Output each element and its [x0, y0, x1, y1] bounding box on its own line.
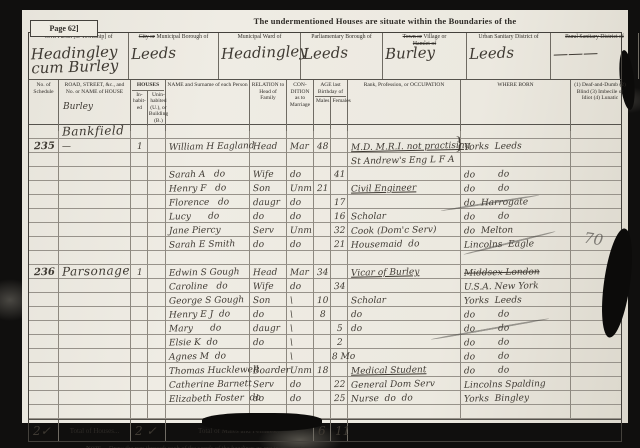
uninhabited-cell: [148, 265, 166, 279]
header-occupation: Rank, Profession, or OCCUPATION: [348, 80, 461, 131]
occupation-cell: Nurse do do: [348, 391, 461, 405]
age-male-cell: [314, 195, 331, 209]
total-houses-label: Total of Houses...: [59, 420, 131, 441]
age-male-cell: 21: [314, 181, 331, 195]
header-road: ROAD, STREET, &c., and No. or NAME of HO…: [59, 80, 131, 131]
condition-cell: do: [287, 167, 314, 181]
age-female-cell: 17: [331, 195, 348, 209]
occupation-cell: [348, 349, 461, 363]
schedule-cell: 236: [29, 265, 59, 279]
schedule-cell: [29, 321, 59, 335]
inhabited-cell: [131, 237, 148, 251]
name-cell: Catherine Barnett: [166, 377, 250, 391]
condition-cell: \: [287, 335, 314, 349]
relation-cell: Head: [250, 265, 287, 279]
age-female-cell: [331, 293, 348, 307]
road-cell: [59, 181, 131, 195]
age-male-cell: [314, 335, 331, 349]
name-cell: William H Eagland: [166, 139, 250, 153]
inhabited-cell: [131, 209, 148, 223]
district-label: Urban Sanitary District of: [469, 34, 548, 41]
inhabited-cell: [131, 377, 148, 391]
where-born-cell: Lincolns Eagle: [461, 237, 571, 251]
age-female-cell: 16: [331, 209, 348, 223]
age-male-cell: [314, 153, 331, 167]
age-male-cell: [314, 321, 331, 335]
age-male-cell: [314, 251, 331, 264]
relation-cell: do: [250, 237, 287, 251]
schedule-cell: [29, 405, 59, 418]
district-label: Municipal Ward of: [221, 34, 298, 41]
schedule-cell: [29, 195, 59, 209]
occupation-cell: [348, 405, 461, 418]
age-female-cell: 8 Mo: [331, 349, 348, 363]
where-born-cell: do Melton: [461, 223, 571, 237]
uninhabited-cell: [148, 405, 166, 418]
uninhabited-cell: [148, 167, 166, 181]
district-label-line2: Hamlet of: [413, 41, 436, 47]
relation-cell: do: [250, 307, 287, 321]
header-disabilities: (1) Deaf-and-Dumb (2) Blind (3) Imbecile…: [571, 80, 629, 131]
disabilities-cell: [571, 405, 629, 418]
schedule-cell: [29, 209, 59, 223]
schedule-cell: [29, 167, 59, 181]
disabilities-cell: [571, 363, 629, 377]
relation-cell: Wife: [250, 279, 287, 293]
age-female-cell: 5: [331, 321, 348, 335]
district-label-part: Urban Sanitary District of: [478, 34, 538, 40]
road-cell: [59, 349, 131, 363]
where-born-cell: }Yorks Leeds: [461, 139, 571, 153]
uninhabited-cell: [148, 307, 166, 321]
district-label: Town or Village or Hamlet of: [385, 34, 464, 48]
where-born-cell: [461, 405, 571, 418]
condition-cell: do: [287, 279, 314, 293]
district-cell: Municipal Ward of Headingley: [219, 33, 301, 79]
age-male-cell: [314, 209, 331, 223]
relation-cell: [250, 349, 287, 363]
road-cell: [59, 321, 131, 335]
occupation-cell: [348, 279, 461, 293]
schedule-cell: [29, 153, 59, 167]
page-top-strip: Page 62] The undermentioned Houses are s…: [28, 14, 622, 32]
table-row: Agnes M do \ 8 Mo do do: [29, 349, 621, 363]
uninhabited-cell: [148, 321, 166, 335]
inhabited-cell: 1: [131, 265, 148, 279]
total-houses-value: 2 ✓: [131, 420, 166, 441]
road-cell: [59, 251, 131, 264]
scan-blot: [202, 413, 322, 431]
schedule-cell: [29, 391, 59, 405]
relation-cell: [250, 251, 287, 264]
inhabited-cell: [131, 167, 148, 181]
where-born-cell: Lincolns Spalding: [461, 377, 571, 391]
condition-cell: [287, 251, 314, 264]
page-title: The undermentioned Houses are situate wi…: [158, 16, 612, 26]
age-female-cell: 22: [331, 377, 348, 391]
table-row: Catherine Barnett Serv do 22 General Dom…: [29, 377, 621, 391]
age-male-cell: [314, 349, 331, 363]
where-born-cell: do do: [461, 363, 571, 377]
name-cell: Elizabeth Foster do: [166, 391, 250, 405]
inhabited-cell: [131, 195, 148, 209]
occupation-cell: Scholar: [348, 209, 461, 223]
uninhabited-cell: [148, 153, 166, 167]
uninhabited-cell: [148, 195, 166, 209]
district-handwritten-value: ———: [553, 43, 640, 61]
disabilities-cell: [571, 181, 629, 195]
age-female-cell: [331, 363, 348, 377]
table-row: Sarah A do Wife do 41 do do: [29, 167, 621, 181]
schedule-cell: [29, 223, 59, 237]
relation-cell: Son: [250, 293, 287, 307]
occupation-cell: do: [348, 307, 461, 321]
disabilities-cell: [571, 377, 629, 391]
occupation-cell: Medical Student: [348, 363, 461, 377]
table-row: Mary do daugr \ 5 do do do: [29, 321, 621, 335]
inhabited-cell: [131, 223, 148, 237]
age-female-cell: [331, 153, 348, 167]
schedule-cell: 235: [29, 139, 59, 153]
relation-cell: Boarder: [250, 363, 287, 377]
uninhabited-cell: [148, 251, 166, 264]
where-born-cell: Middsex London: [461, 265, 571, 279]
age-female-cell: 32: [331, 223, 348, 237]
age-female-cell: 21: [331, 237, 348, 251]
occupation-cell: [348, 167, 461, 181]
schedule-cell: [29, 279, 59, 293]
table-row: Jane Piercy Serv Unm 32 Cook (Dom'c Serv…: [29, 223, 621, 237]
name-cell: George S Gough: [166, 293, 250, 307]
relation-cell: Son: [250, 181, 287, 195]
condition-cell: [287, 153, 314, 167]
uninhabited-cell: [148, 377, 166, 391]
disabilities-cell: [571, 391, 629, 405]
disabilities-cell: [571, 209, 629, 223]
relation-cell: Head: [250, 139, 287, 153]
where-born-cell: [461, 251, 571, 264]
name-cell: Florence do: [166, 195, 250, 209]
occupation-cell: Cook (Dom'c Serv): [348, 223, 461, 237]
table-row: Henry E J do do \ 8 do do do: [29, 307, 621, 321]
condition-cell: \: [287, 321, 314, 335]
header-where-born: WHERE BORN: [461, 80, 571, 131]
where-born-cell: U.S.A. New York: [461, 279, 571, 293]
occupation-cell: Scholar: [348, 293, 461, 307]
district-header-band: Civil Parish [or Township] of Headingley…: [28, 32, 622, 80]
schedule-cell: [29, 307, 59, 321]
road-cell: [59, 209, 131, 223]
disabilities-cell: [571, 139, 629, 153]
inhabited-cell: [131, 251, 148, 264]
road-cell: Parsonage: [59, 265, 131, 279]
relation-cell: do: [250, 209, 287, 223]
district-cell: Town or Village or Hamlet of Burley: [383, 33, 467, 79]
table-row: Elizabeth Foster do do do 25 Nurse do do…: [29, 391, 621, 405]
age-female-cell: [331, 251, 348, 264]
age-female-cell: 2: [331, 335, 348, 349]
district-label-struck-part: Rural Sanitary District of: [565, 34, 624, 40]
header-relation: RELATION to Head of Family: [250, 80, 287, 131]
age-male-cell: 34: [314, 265, 331, 279]
table-row: Caroline do Wife do 34 U.S.A. New York: [29, 279, 621, 293]
age-male-cell: 10: [314, 293, 331, 307]
district-cell: Urban Sanitary District of Leeds: [467, 33, 551, 79]
name-cell: Sarah E Smith: [166, 237, 250, 251]
disabilities-cell: [571, 195, 629, 209]
name-cell: [166, 153, 250, 167]
schedule-cell: [29, 181, 59, 195]
uninhabited-cell: [148, 363, 166, 377]
uninhabited-cell: [148, 139, 166, 153]
name-cell: Jane Piercy: [166, 223, 250, 237]
name-cell: Caroline do: [166, 279, 250, 293]
condition-cell: Mar: [287, 139, 314, 153]
inhabited-cell: [131, 349, 148, 363]
district-label: Rural Sanitary District of: [553, 34, 636, 41]
district-label-part: Parliamentary Borough of: [311, 34, 372, 40]
total-females-value: 11: [331, 420, 348, 441]
inhabited-cell: [131, 405, 148, 418]
header-condition: CON-DITION as to Marriage: [287, 80, 314, 131]
occupation-cell: [348, 251, 461, 264]
road-cell: —: [59, 139, 131, 153]
table-row: 235 — 1 William H Eagland Head Mar 48 M.…: [29, 139, 621, 153]
district-label-part: Municipal Ward of: [238, 34, 282, 40]
uninhabited-cell: [148, 391, 166, 405]
district-label: Parliamentary Borough of: [303, 34, 380, 41]
inhabited-cell: [131, 279, 148, 293]
table-header: No. of Schedule ROAD, STREET, &c., and N…: [28, 80, 622, 125]
uninhabited-cell: [148, 223, 166, 237]
relation-cell: Serv: [250, 377, 287, 391]
name-cell: Sarah A do: [166, 167, 250, 181]
header-schedule: No. of Schedule: [29, 80, 59, 131]
name-cell: Edwin S Gough: [166, 265, 250, 279]
condition-cell: Unm: [287, 363, 314, 377]
condition-cell: do: [287, 237, 314, 251]
relation-cell: [250, 153, 287, 167]
table-row: Elsie K do do \ 2 do do: [29, 335, 621, 349]
uninhabited-cell: [148, 335, 166, 349]
occupation-cell: do: [348, 321, 461, 335]
table-row: 236 Parsonage 1 Edwin S Gough Head Mar 3…: [29, 265, 621, 279]
age-male-cell: [314, 167, 331, 181]
where-born-cell: [461, 153, 571, 167]
where-born-cell: do do: [461, 181, 571, 195]
condition-cell: \: [287, 307, 314, 321]
uninhabited-cell: [148, 349, 166, 363]
age-male-cell: [314, 237, 331, 251]
table-row: Florence do daugr do 17 do Harrogate: [29, 195, 621, 209]
schedule-cell: [29, 377, 59, 391]
name-cell: Henry E J do: [166, 307, 250, 321]
totals-schedule-cell: 2✓: [29, 420, 59, 441]
occupation-cell: St Andrew's Eng L F A: [348, 153, 461, 167]
condition-cell: Unm: [287, 181, 314, 195]
relation-cell: daugr: [250, 321, 287, 335]
name-cell: Mary do: [166, 321, 250, 335]
condition-cell: Mar: [287, 265, 314, 279]
road-cell: [59, 363, 131, 377]
uninhabited-cell: [148, 209, 166, 223]
inhabited-cell: [131, 307, 148, 321]
relation-cell: Wife: [250, 167, 287, 181]
page-number-box: Page 62]: [30, 20, 98, 37]
condition-cell: do: [287, 209, 314, 223]
district-cell: Rural Sanitary District of ———: [551, 33, 639, 79]
age-male-cell: [314, 279, 331, 293]
district-label-part: Village or: [423, 34, 446, 40]
uninhabited-cell: [148, 279, 166, 293]
table-row: Lucy do do do 16 Scholar do do: [29, 209, 621, 223]
inhabited-cell: [131, 391, 148, 405]
occupation-cell: M.D. M.R.I. not practising: [348, 139, 461, 153]
relation-cell: do: [250, 335, 287, 349]
district-label: City or Municipal Borough of: [131, 34, 216, 41]
district-label-struck-part: City or: [139, 34, 155, 40]
age-male-cell: 8: [314, 307, 331, 321]
condition-cell: do: [287, 195, 314, 209]
condition-cell: \: [287, 293, 314, 307]
age-female-cell: [331, 139, 348, 153]
name-cell: Lucy do: [166, 209, 250, 223]
district-label-struck-part: Town or: [403, 34, 422, 40]
uninhabited-cell: [148, 293, 166, 307]
age-female-cell: [331, 181, 348, 195]
district-label-part: Municipal Borough of: [156, 34, 208, 40]
uninhabited-cell: [148, 237, 166, 251]
condition-cell: \: [287, 349, 314, 363]
schedule-cell: [29, 251, 59, 264]
totals-row: 2✓ Total of Houses... 2 ✓ Total of Males…: [28, 419, 622, 442]
where-born-cell: Yorks Leeds: [461, 293, 571, 307]
age-female-cell: 25: [331, 391, 348, 405]
where-born-cell: do do: [461, 209, 571, 223]
schedule-cell: [29, 349, 59, 363]
road-cell: [59, 377, 131, 391]
schedule-cell: [29, 293, 59, 307]
relation-cell: Serv: [250, 223, 287, 237]
inhabited-cell: 1: [131, 139, 148, 153]
header-males: Males: [315, 97, 331, 129]
district-cell: Civil Parish [or Township] of Headingley…: [29, 33, 129, 79]
disabilities-cell: [571, 349, 629, 363]
schedule-cell: [29, 335, 59, 349]
where-born-cell: Yorks Bingley: [461, 391, 571, 405]
inhabited-cell: [131, 293, 148, 307]
age-female-cell: 34: [331, 279, 348, 293]
district-cell: City or Municipal Borough of Leeds: [129, 33, 219, 79]
name-cell: Henry F do: [166, 181, 250, 195]
inhabited-cell: [131, 153, 148, 167]
disabilities-cell: [571, 153, 629, 167]
table-row: Henry F do Son Unm 21 Civil Engineer do …: [29, 181, 621, 195]
road-cell: [59, 335, 131, 349]
occupation-cell: Civil Engineer: [348, 181, 461, 195]
age-female-cell: 41: [331, 167, 348, 181]
table-row: St Andrew's Eng L F A: [29, 153, 621, 167]
totals-blank-cell: [348, 420, 629, 441]
road-cell: [59, 167, 131, 181]
condition-cell: Unm: [287, 223, 314, 237]
relation-cell: do: [250, 391, 287, 405]
road-cell: [59, 293, 131, 307]
age-female-cell: [331, 265, 348, 279]
header-age-group: AGE last Birthday of Males Females: [314, 80, 348, 131]
disabilities-cell: [571, 335, 629, 349]
road-cell: [59, 237, 131, 251]
inhabited-cell: [131, 363, 148, 377]
district-cell: Parliamentary Borough of Leeds: [301, 33, 383, 79]
occupation-cell: Housemaid do: [348, 237, 461, 251]
road-cell: [59, 279, 131, 293]
name-cell: Elsie K do: [166, 335, 250, 349]
page-number: Page 62]: [49, 24, 78, 33]
where-born-cell: do do: [461, 335, 571, 349]
condition-cell: do: [287, 377, 314, 391]
schedule-cell: [29, 237, 59, 251]
name-cell: Thomas Hucklewell: [166, 363, 250, 377]
road-cell: [59, 307, 131, 321]
age-male-cell: [314, 223, 331, 237]
name-cell: [166, 251, 250, 264]
occupation-cell: Vicar of Burley: [348, 265, 461, 279]
inhabited-cell: [131, 335, 148, 349]
census-page: Page 62] The undermentioned Houses are s…: [22, 10, 628, 423]
where-born-cell: do do: [461, 307, 571, 321]
table-row: Thomas Hucklewell Boarder Unm 18 Medical…: [29, 363, 621, 377]
table-row: Sarah E Smith do do 21 Housemaid do Linc…: [29, 237, 621, 251]
header-road-handwriting: Burley: [63, 102, 93, 113]
margin-pencil-annotation: 70: [583, 229, 604, 249]
header-houses-group: HOUSES In-habit-ed Unin-habited (U.), or…: [131, 80, 166, 131]
header-name: NAME and Surname of each Person: [166, 80, 250, 131]
road-cell: [59, 391, 131, 405]
age-male-cell: 18: [314, 363, 331, 377]
occupation-cell: General Dom Serv: [348, 377, 461, 391]
age-female-cell: [331, 307, 348, 321]
occupation-cell: [348, 195, 461, 209]
age-male-cell: [314, 377, 331, 391]
condition-cell: do: [287, 391, 314, 405]
relation-cell: daugr: [250, 195, 287, 209]
inhabited-cell: [131, 181, 148, 195]
table-body: Bankfield 235 — 1 William H Eagland Head: [28, 125, 622, 419]
road-cell: [59, 153, 131, 167]
uninhabited-cell: [148, 181, 166, 195]
road-cell: [59, 223, 131, 237]
table-row: [29, 405, 621, 419]
header-inhabited: In-habit-ed: [132, 91, 148, 126]
name-cell: Agnes M do: [166, 349, 250, 363]
age-male-cell: 48: [314, 139, 331, 153]
inhabited-cell: [131, 321, 148, 335]
table-row: George S Gough Son \ 10 Scholar Yorks Le…: [29, 293, 621, 307]
age-male-cell: [314, 391, 331, 405]
where-born-cell: do do: [461, 349, 571, 363]
road-cell: [59, 195, 131, 209]
schedule-cell: [29, 363, 59, 377]
road-cell: [59, 405, 131, 418]
age-female-cell: [331, 405, 348, 418]
disabilities-cell: [571, 167, 629, 181]
where-born-cell: do do: [461, 167, 571, 181]
